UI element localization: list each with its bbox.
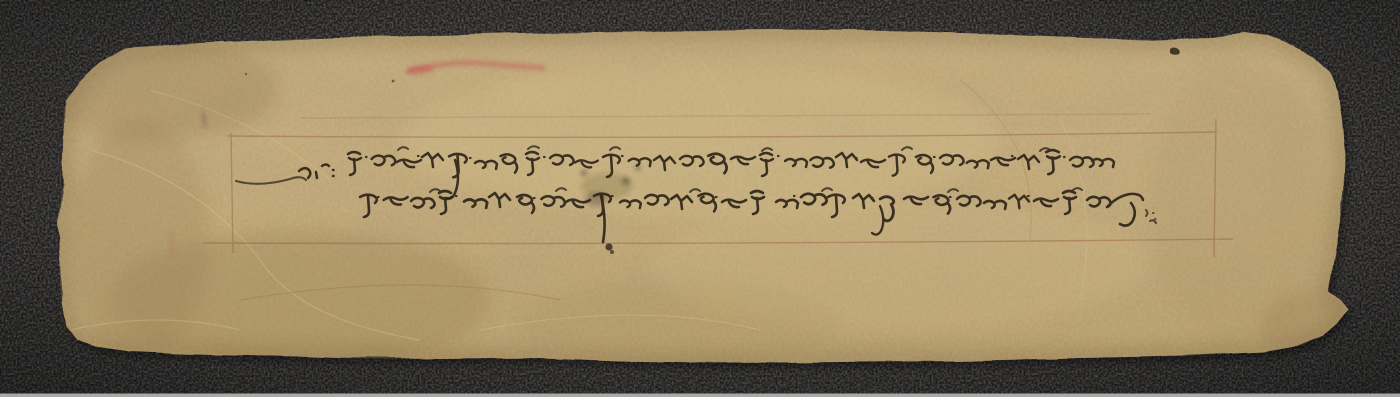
- manuscript-photo: [0, 0, 1400, 397]
- scan-edge-strip: [0, 394, 1400, 397]
- manuscript-figure: Photograph of an aged Tibetan manuscript…: [0, 0, 1400, 397]
- ink-blot: [605, 243, 612, 250]
- paper-leaf: [40, 20, 1380, 380]
- ink-speck: [245, 73, 247, 75]
- ink-speck: [392, 80, 395, 83]
- ink-blot: [610, 250, 614, 254]
